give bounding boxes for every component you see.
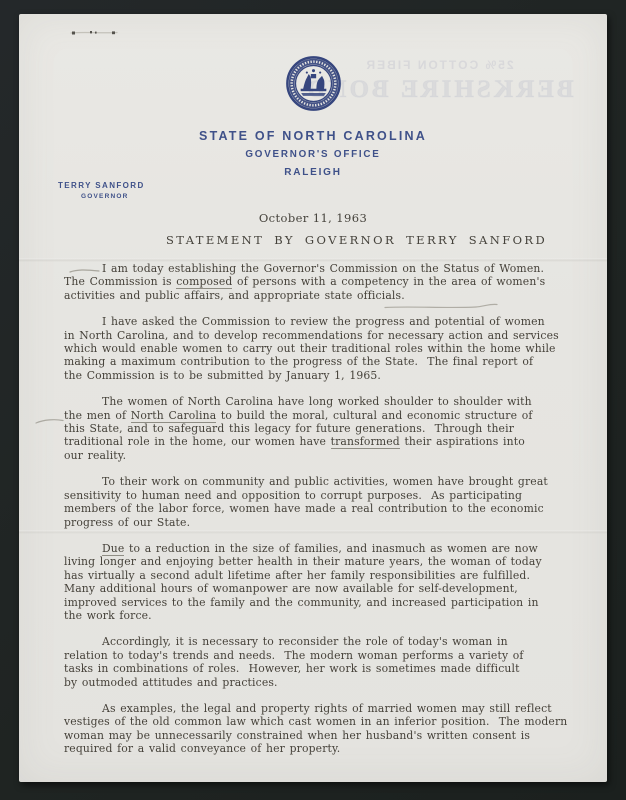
- letter-page: 25% COTTON FIBER BERKSHIRE BOND STATE OF…: [19, 14, 607, 782]
- text-line: this State, and to safeguard this legacy…: [64, 422, 579, 435]
- scan-background: 25% COTTON FIBER BERKSHIRE BOND STATE OF…: [0, 0, 626, 800]
- pencil-underline: transformed: [331, 435, 400, 449]
- text-line: tasks in combinations of roles. However,…: [64, 662, 579, 675]
- text-line: As examples, the legal and property righ…: [64, 702, 579, 715]
- text-line: making a maximum contribution to the pro…: [64, 355, 579, 368]
- text-line: the work force.: [64, 609, 579, 622]
- text-line: has virtually a second adult lifetime af…: [64, 569, 579, 582]
- letter-body: I am today establishing the Governor's C…: [64, 262, 579, 769]
- text-line: the men of North Carolina to build the m…: [64, 409, 579, 422]
- text-line: members of the labor force, women have m…: [64, 502, 579, 515]
- text-line: Accordingly, it is necessary to reconsid…: [64, 635, 579, 648]
- pencil-underline: North Carolina: [131, 409, 217, 423]
- text-line: Many additional hours of womanpower are …: [64, 582, 579, 595]
- text-line: The women of North Carolina have long wo…: [64, 395, 579, 408]
- text-line: I am today establishing the Governor's C…: [64, 262, 579, 275]
- governor-name: TERRY SANFORD: [58, 181, 145, 190]
- pencil-underline: composed: [176, 275, 232, 289]
- text-line: the Commission is to be submitted by Jan…: [64, 369, 579, 382]
- text-line: required for a valid conveyance of her p…: [64, 742, 579, 755]
- paragraph: I have asked the Commission to review th…: [64, 315, 579, 382]
- text-line: relation to today's trends and needs. Th…: [64, 649, 579, 662]
- text-line: To their work on community and public ac…: [64, 475, 579, 488]
- text-line: by outmoded attitudes and practices.: [64, 676, 579, 689]
- text-line: Due to a reduction in the size of famili…: [64, 542, 579, 555]
- text-line: vestiges of the old common law which cas…: [64, 715, 579, 728]
- text-line: in North Carolina, and to develop recomm…: [64, 329, 579, 342]
- paragraph: I am today establishing the Governor's C…: [64, 262, 579, 302]
- paragraph: Due to a reduction in the size of famili…: [64, 542, 579, 622]
- letterhead-office-line: GOVERNOR'S OFFICE: [19, 149, 607, 160]
- text-line: progress of our State.: [64, 516, 579, 529]
- text-line: I have asked the Commission to review th…: [64, 315, 579, 328]
- text-line: woman may be unnecessarily constrained w…: [64, 729, 579, 742]
- letterhead-state-line: STATE OF NORTH CAROLINA: [19, 129, 607, 143]
- governor-title: GOVERNOR: [81, 193, 145, 200]
- statement-title: STATEMENT BY GOVERNOR TERRY SANFORD: [166, 233, 547, 247]
- text-line: improved services to the family and the …: [64, 596, 579, 609]
- paragraph: Accordingly, it is necessary to reconsid…: [64, 635, 579, 689]
- text-line: which would enable women to carry out th…: [64, 342, 579, 355]
- text-line: living longer and enjoying better health…: [64, 555, 579, 568]
- governor-signature-block: TERRY SANFORD GOVERNOR: [58, 181, 145, 200]
- north-carolina-seal-icon: [285, 55, 342, 112]
- pencil-scribble-mark: [69, 28, 119, 38]
- pencil-underline: Due: [102, 542, 124, 556]
- paragraph: As examples, the legal and property righ…: [64, 702, 579, 756]
- text-line: traditional role in the home, our women …: [64, 435, 579, 448]
- text-line: our reality.: [64, 449, 579, 462]
- text-line: activities and public affairs, and appro…: [64, 289, 579, 302]
- letterhead-city-line: RALEIGH: [19, 167, 607, 178]
- text-line: sensitivity to human need and opposition…: [64, 489, 579, 502]
- paragraph: To their work on community and public ac…: [64, 475, 579, 529]
- pencil-margin-mark: [35, 414, 65, 428]
- text-line: The Commission is composed of persons wi…: [64, 275, 579, 288]
- date-line: October 11, 1963: [19, 211, 607, 225]
- paragraph: The women of North Carolina have long wo…: [64, 395, 579, 462]
